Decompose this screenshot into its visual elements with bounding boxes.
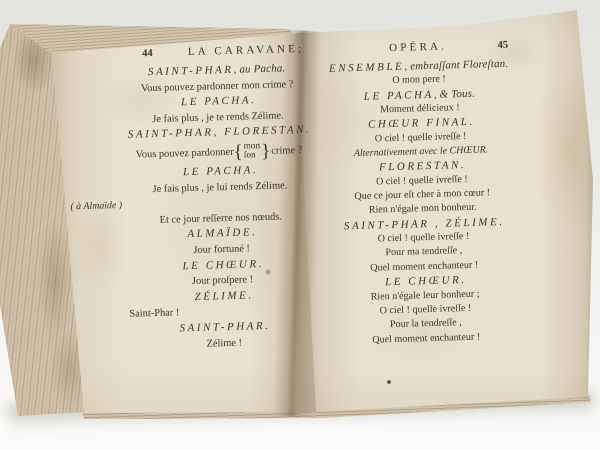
open-brace: { (233, 143, 243, 162)
speaker-name: ZÉLIME (194, 289, 248, 302)
speaker-name: ENSEMBLE (329, 61, 405, 75)
speaker-name: SAINT-PHAR , ZÉLIME (344, 216, 500, 232)
speaker-name: LE PACHA (181, 94, 251, 108)
left-page-number: 44 (142, 48, 153, 59)
speaker-name: SAINT-PHAR (179, 320, 265, 334)
speaker-tail: . (499, 216, 502, 228)
brace-options: monſon (243, 142, 260, 162)
speaker-name: FLORESTAN (379, 160, 461, 174)
speaker-name: LE CHŒUR (385, 274, 461, 288)
speaker-tail: . (251, 94, 254, 106)
speaker-name: SAINT-PHAR, FLORESTAN (128, 124, 306, 141)
speaker-tail: . (248, 289, 251, 301)
book-photograph: 44 LA CARAVANE; SAINT-PHAR, au Pacha.Vou… (0, 0, 600, 450)
brace-option: ſon (244, 152, 261, 162)
speaker-tail: , embraſſant Floreſtan. (404, 58, 508, 73)
left-running-title: LA CARAVANE; (188, 43, 305, 58)
brace-line-post: crime ? (271, 143, 302, 159)
right-running-title: OPÉRA. (389, 40, 447, 54)
speaker-tail: . (259, 258, 262, 270)
speaker-name: LE PACHA (183, 164, 253, 178)
right-page-lines: ENSEMBLE, embraſſant Floreſtan.O mon per… (321, 57, 525, 349)
speaker-tail: . (461, 274, 464, 286)
close-brace: } (261, 142, 271, 161)
speaker-tail: . (461, 159, 464, 171)
brace-line-pre: Vous pouvez pardonner (135, 144, 233, 162)
speaker-tail: , au Pacha. (233, 62, 285, 75)
left-page-text: 44 LA CARAVANE; SAINT-PHAR, au Pacha.Vou… (118, 43, 322, 354)
speaker-tail: . (469, 116, 472, 128)
speaker-tail: . (306, 124, 309, 136)
speaker-name: LE CHŒUR (182, 258, 258, 272)
speaker-tail: . (252, 227, 255, 239)
speaker-name: ALMAÏDE (187, 227, 252, 241)
speaker-name: CHŒUR FINAL (368, 116, 470, 131)
speaker-tail: . (253, 164, 256, 176)
right-page-number: 45 (497, 40, 508, 51)
speaker-name: LE PACHA (364, 89, 434, 103)
speaker-tail: . (265, 320, 268, 332)
right-page-text: OPÉRA. 45 ENSEMBLE, embraſſant Floreſtan… (320, 39, 524, 349)
speaker-tail: , & Tous. (434, 87, 476, 100)
left-page-lines: SAINT-PHAR, au Pacha.Vous pouvez pardonn… (119, 61, 323, 354)
speaker-name: SAINT-PHAR (148, 64, 234, 78)
